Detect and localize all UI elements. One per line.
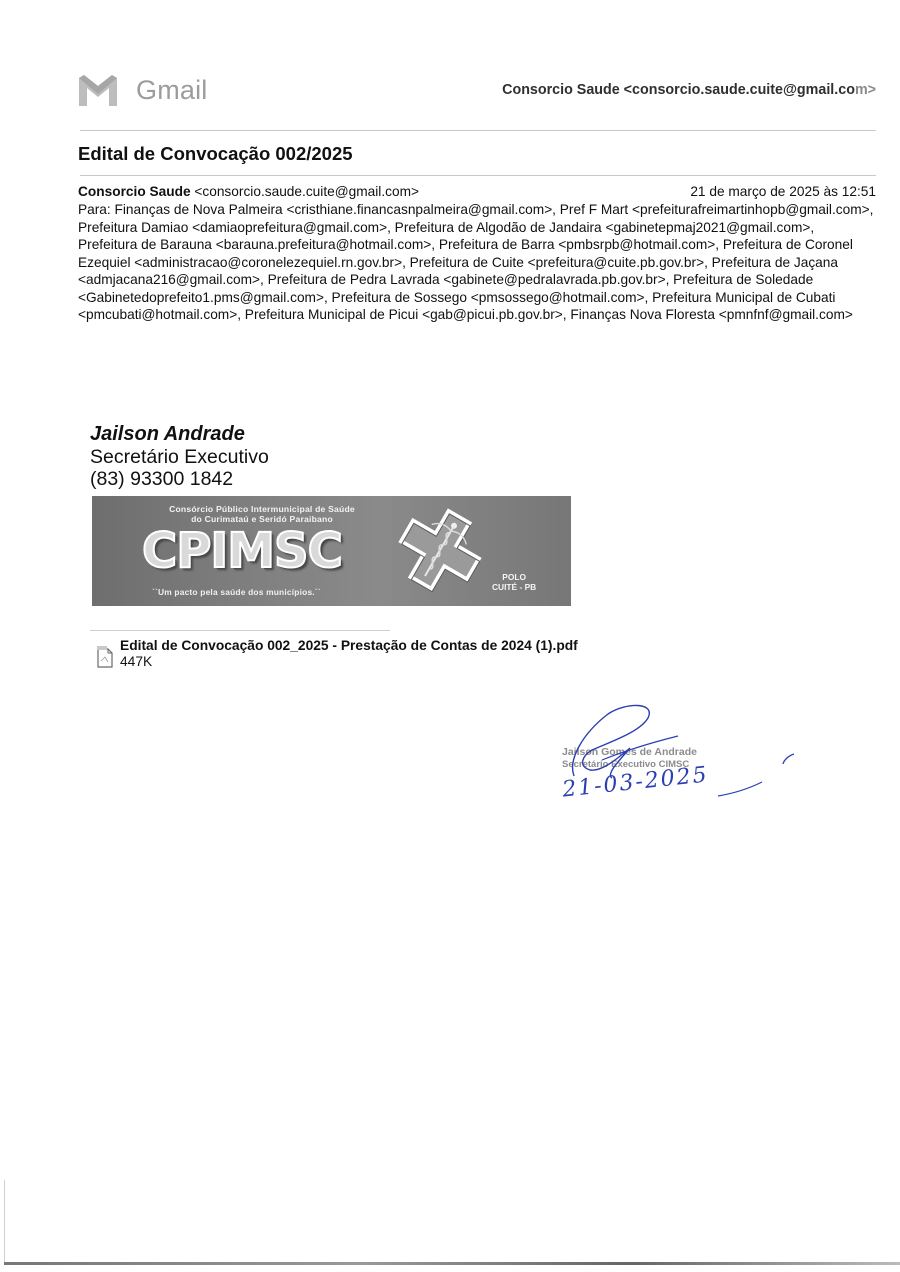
from-line: Consorcio Saude <consorcio.saude.cuite@g… bbox=[78, 183, 876, 201]
pdf-file-icon bbox=[96, 643, 114, 669]
banner-acronym: CPIMSC bbox=[142, 523, 342, 579]
attachment[interactable]: Edital de Convocação 002_2025 - Prestaçã… bbox=[96, 638, 578, 670]
account-label: Consorcio Saude <consorcio.saude.cuite@g… bbox=[502, 82, 876, 98]
signature-name: Jailson Andrade bbox=[90, 422, 269, 446]
gmail-m-icon bbox=[76, 72, 120, 108]
sender-address: <consorcio.saude.cuite@gmail.com> bbox=[191, 184, 419, 199]
email-date: 21 de março de 2025 às 12:51 bbox=[690, 183, 876, 201]
cpimsc-banner: Consórcio Público Intermunicipal de Saúd… bbox=[92, 496, 571, 606]
to-label: Para: bbox=[78, 202, 115, 217]
sender-name: Consorcio Saude bbox=[78, 184, 191, 199]
recipients-list: Para: Finanças de Nova Palmeira <cristhi… bbox=[78, 201, 876, 324]
banner-polo: POLO CUITÉ - PB bbox=[492, 572, 536, 592]
attachment-filename[interactable]: Edital de Convocação 002_2025 - Prestaçã… bbox=[120, 638, 578, 654]
banner-org-name: Consórcio Público Intermunicipal de Saúd… bbox=[142, 504, 382, 524]
account-email: Consorcio Saude <consorcio.saude.cuite@g… bbox=[502, 82, 855, 98]
email-signature: Jailson Andrade Secretário Executivo (83… bbox=[90, 422, 269, 490]
divider bbox=[80, 130, 876, 131]
medical-cross-caduceus-icon bbox=[392, 502, 488, 598]
scan-edge bbox=[4, 1262, 900, 1265]
divider bbox=[90, 630, 390, 631]
gmail-wordmark: Gmail bbox=[136, 75, 208, 106]
account-email-tail: m> bbox=[855, 82, 876, 98]
signature-phone: (83) 93300 1842 bbox=[90, 468, 269, 490]
attachment-size: 447K bbox=[120, 654, 578, 670]
divider bbox=[80, 175, 876, 176]
banner-motto: ``Um pacto pela saúde dos municípios.`` bbox=[152, 587, 321, 597]
gmail-logo[interactable]: Gmail bbox=[76, 72, 208, 108]
gmail-header: Gmail Consorcio Saude <consorcio.saude.c… bbox=[76, 70, 876, 114]
signature-role: Secretário Executivo bbox=[90, 446, 269, 468]
recipients: Finanças de Nova Palmeira <cristhiane.fi… bbox=[78, 202, 873, 322]
email-meta: Consorcio Saude <consorcio.saude.cuite@g… bbox=[78, 183, 876, 324]
email-subject: Edital de Convocação 002/2025 bbox=[78, 143, 353, 165]
banner-polo-line1: POLO bbox=[492, 572, 536, 582]
scan-edge bbox=[4, 1180, 5, 1264]
banner-polo-line2: CUITÉ - PB bbox=[492, 582, 536, 592]
signature-stamp: Jailson Gomes de Andrade Secretário Exec… bbox=[562, 700, 812, 800]
banner-org-line1: Consórcio Público Intermunicipal de Saúd… bbox=[142, 504, 382, 514]
